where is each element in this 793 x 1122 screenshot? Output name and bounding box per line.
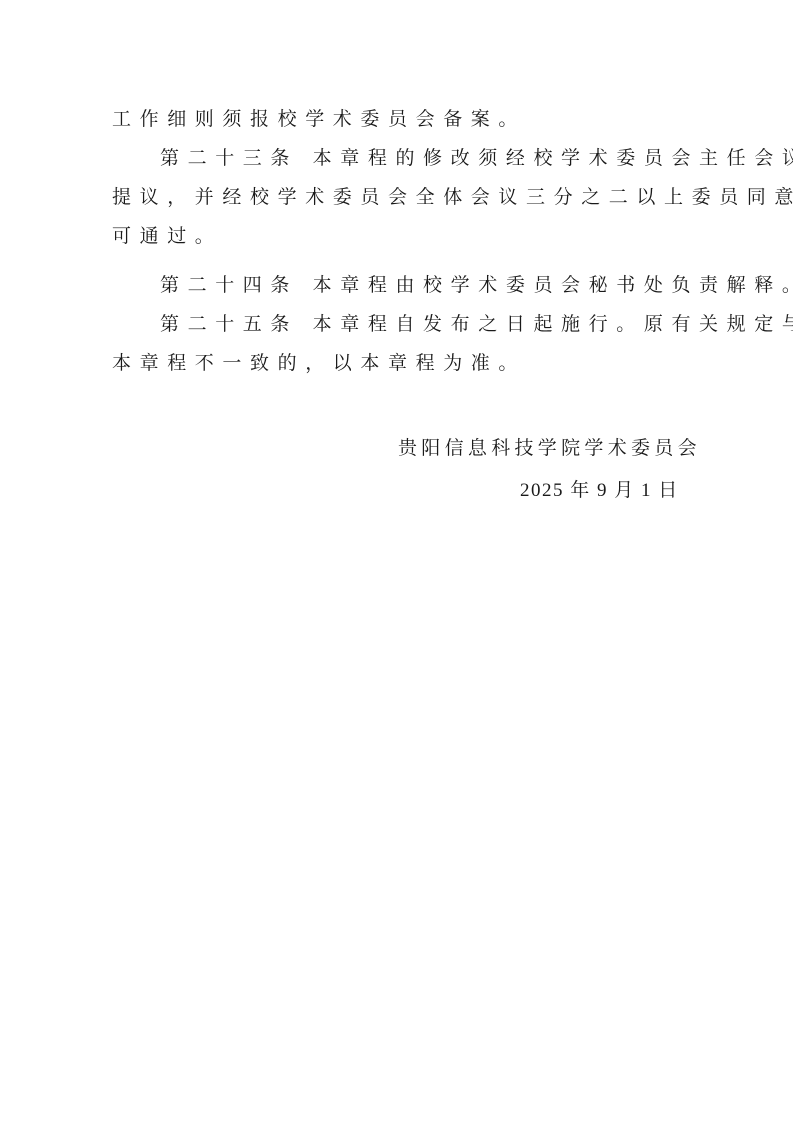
document-page: 工作细则须报校学术委员会备案。 第二十三条 本章程的修改须经校学术委员会主任会议… xyxy=(0,0,793,1122)
article-23-line-3: 可通过。 xyxy=(112,221,672,251)
paragraph-continuation-line-1: 工作细则须报校学术委员会备案。 xyxy=(112,104,672,134)
article-25-line-2: 本章程不一致的，以本章程为准。 xyxy=(112,348,672,378)
article-23-line-2: 提议，并经校学术委员会全体会议三分之二以上委员同意方 xyxy=(112,182,672,212)
signature-date: 2025 年 9 月 1 日 xyxy=(520,476,679,506)
article-23-line-1: 第二十三条 本章程的修改须经校学术委员会主任会议 xyxy=(160,143,720,173)
article-25-line-1: 第二十五条 本章程自发布之日起施行。原有关规定与 xyxy=(160,309,720,339)
signature-organization: 贵阳信息科技学院学术委员会 xyxy=(398,433,701,463)
article-24-line-1: 第二十四条 本章程由校学术委员会秘书处负责解释。 xyxy=(160,270,720,300)
